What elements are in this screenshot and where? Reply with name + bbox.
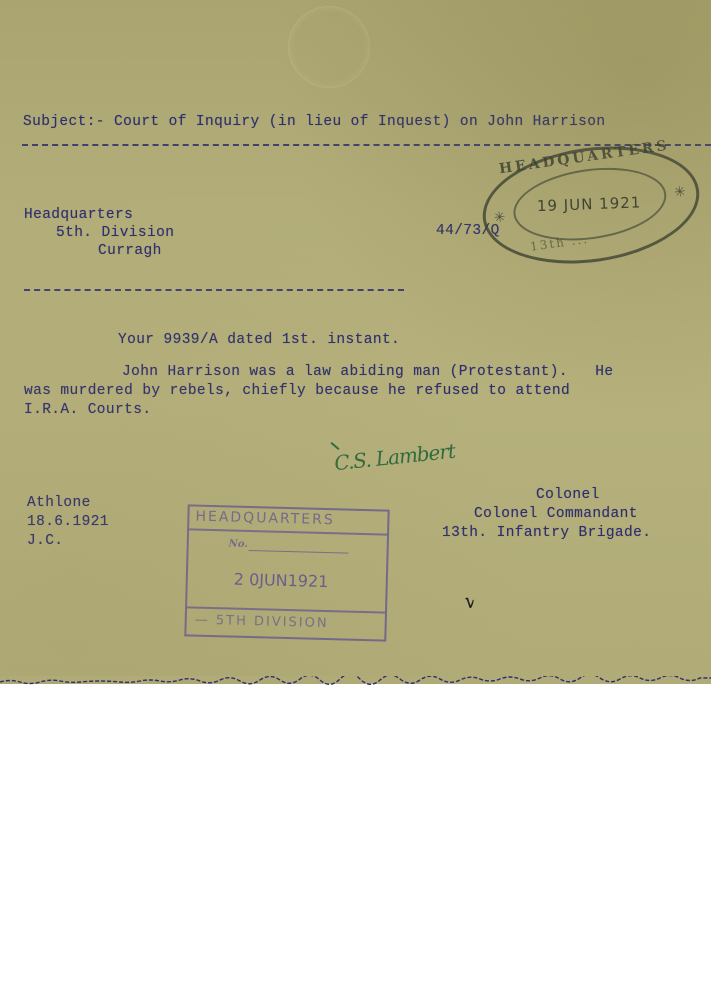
paper-sheet: Subject:- Court of Inquiry (in lieu of I… [0,0,711,684]
signature-mark [331,442,340,450]
body-paragraph-2-line-3: I.R.A. Courts. [24,401,151,419]
star-icon: ✳ [493,209,507,226]
received-stamp-oval: HEADQUARTERS ✳ ✳ 19 JUN 1921 13th ... [475,133,707,276]
handwritten-signature: C.S. Lambert [333,439,456,476]
received-stamp-rect: HEADQUARTERS No. 2 0JUN1921 — 5TH DIVISI… [184,504,389,641]
body-paragraph-2-line-1: John Harrison was a law abiding man (Pro… [122,363,613,381]
rect-stamp-date: 2 0JUN1921 [234,570,329,591]
star-icon: ✳ [673,184,687,201]
addressee-line-3: Curragh [98,242,162,260]
body-paragraph-2-line-2: was murdered by rebels, chiefly because … [24,382,570,400]
addressee-line-2: 5th. Division [56,224,174,242]
signatory-title: Colonel Commandant [474,505,638,523]
subject-line: Subject:- Court of Inquiry (in lieu of I… [23,113,606,131]
body-paragraph-1: Your 9939/A dated 1st. instant. [118,331,400,349]
origin-initials: J.C. [27,532,63,550]
origin-place: Athlone [27,494,91,512]
oval-stamp-date: 19 JUN 1921 [537,193,642,215]
rect-stamp-no-label: No. [229,538,248,549]
embossed-seal-icon [288,6,370,88]
origin-date: 18.6.1921 [27,513,109,531]
rect-stamp-division: — 5TH DIVISION [195,613,329,631]
divider-dashed [24,289,404,291]
torn-paper-edge [0,676,711,690]
document-page: Subject:- Court of Inquiry (in lieu of I… [0,0,711,1000]
addressee-line-1: Headquarters [24,206,133,224]
signatory-rank: Colonel [536,486,600,504]
signatory-unit: 13th. Infantry Brigade. [442,524,651,542]
margin-initial-mark: ﾚ [462,589,477,613]
rect-stamp-title: HEADQUARTERS [195,509,335,529]
